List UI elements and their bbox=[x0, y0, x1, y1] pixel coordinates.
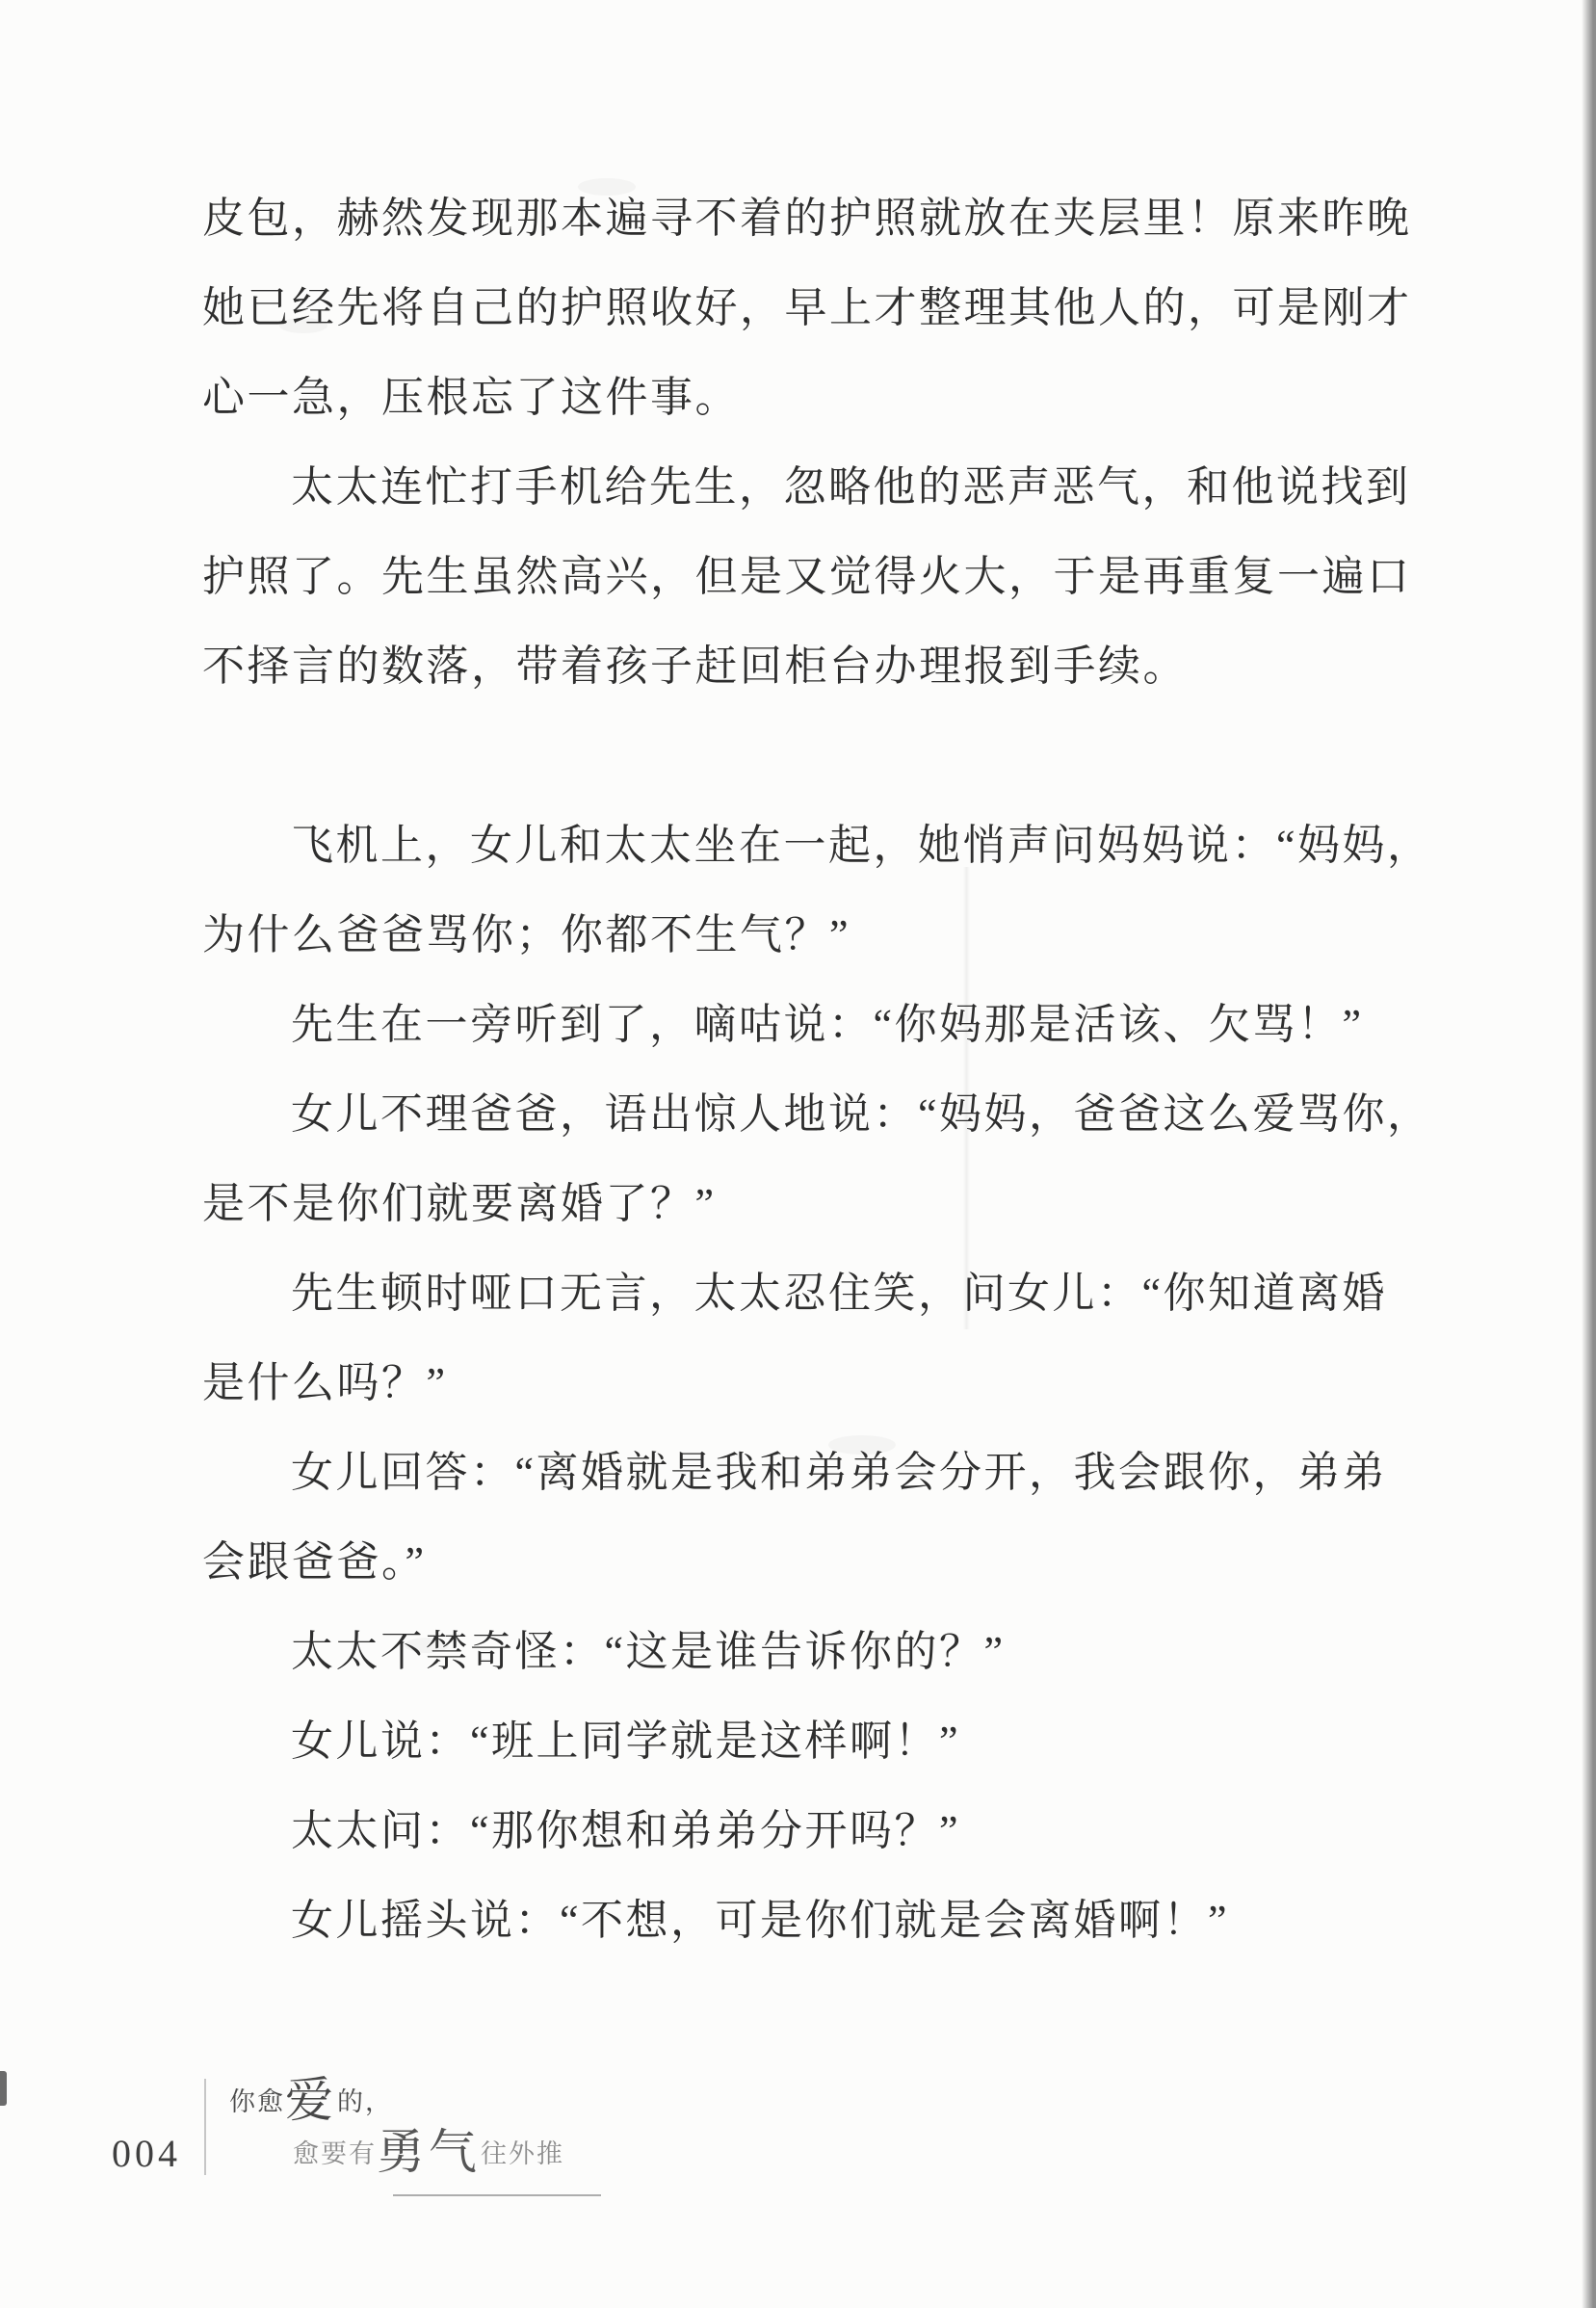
book-title-line2-big: 勇气 bbox=[377, 2125, 481, 2179]
book-title-line1-post: 的， bbox=[337, 2087, 393, 2116]
text-line: 女儿不理爸爸，语出惊人地说：“妈妈，爸爸这么爱骂你， bbox=[202, 1069, 1426, 1159]
scan-edge-shadow bbox=[1582, 0, 1596, 2308]
book-title-line1: 你愈爱的， bbox=[229, 2075, 564, 2127]
text-line: 是不是你们就要离婚了？” bbox=[202, 1159, 1426, 1248]
text-line: 女儿说：“班上同学就是这样啊！” bbox=[202, 1696, 1426, 1786]
page-number: 004 bbox=[112, 2131, 181, 2176]
text-line: 她已经先将自己的护照收好，早上才整理其他人的，可是刚才 bbox=[202, 263, 1426, 353]
text-line: 先生在一旁听到了，嘀咕说：“你妈那是活该、欠骂！” bbox=[202, 980, 1426, 1069]
text-line: 太太问：“那你想和弟弟分开吗？” bbox=[202, 1786, 1426, 1875]
text-line: 为什么爸爸骂你；你都不生气？” bbox=[202, 890, 1426, 980]
text-block: 皮包，赫然发现那本遍寻不着的护照就放在夹层里！原来昨晚她已经先将自己的护照收好，… bbox=[202, 173, 1426, 1965]
book-title-line2-pre: 愈要有 bbox=[293, 2139, 377, 2168]
page-footer: 004 你愈爱的， 愈要有勇气往外推 bbox=[0, 2061, 1596, 2216]
book-title-line2: 愈要有勇气往外推 bbox=[293, 2127, 564, 2179]
text-line: 女儿回答：“离婚就是我和弟弟会分开，我会跟你，弟弟 bbox=[202, 1428, 1426, 1517]
text-line: 不择言的数落，带着孩子赶回柜台办理报到手续。 bbox=[202, 621, 1426, 711]
scan-smudge bbox=[828, 1435, 896, 1455]
text-line: 太太连忙打手机给先生，忽略他的恶声恶气，和他说找到 bbox=[202, 442, 1426, 532]
book-title-line1-big: 爱 bbox=[285, 2073, 337, 2127]
scan-edge-nick bbox=[0, 2071, 7, 2106]
text-line: 会跟爸爸。” bbox=[202, 1517, 1426, 1607]
footer-divider bbox=[204, 2079, 206, 2175]
scan-smudge bbox=[405, 1638, 449, 1653]
book-title-line1-pre: 你愈 bbox=[229, 2087, 285, 2116]
footer-underline bbox=[393, 2194, 601, 2196]
book-title: 你愈爱的， 愈要有勇气往外推 bbox=[229, 2075, 564, 2179]
scan-smudge bbox=[578, 178, 636, 196]
scan-crease bbox=[963, 867, 970, 1329]
text-line: 太太不禁奇怪：“这是谁告诉你的？” bbox=[202, 1607, 1426, 1696]
text-line: 是什么吗？” bbox=[202, 1338, 1426, 1428]
scan-smudge bbox=[279, 318, 327, 333]
text-line: 皮包，赫然发现那本遍寻不着的护照就放在夹层里！原来昨晚 bbox=[202, 173, 1426, 263]
text-line: 飞机上，女儿和太太坐在一起，她悄声问妈妈说：“妈妈， bbox=[202, 800, 1426, 890]
text-line: 女儿摇头说：“不想，可是你们就是会离婚啊！” bbox=[202, 1875, 1426, 1965]
book-title-line2-post: 往外推 bbox=[481, 2139, 564, 2168]
book-page-scan: 皮包，赫然发现那本遍寻不着的护照就放在夹层里！原来昨晚她已经先将自己的护照收好，… bbox=[0, 0, 1596, 2308]
text-line: 护照了。先生虽然高兴，但是又觉得火大，于是再重复一遍口 bbox=[202, 532, 1426, 621]
text-line: 先生顿时哑口无言，太太忍住笑，问女儿：“你知道离婚 bbox=[202, 1248, 1426, 1338]
text-line: 心一急，压根忘了这件事。 bbox=[202, 353, 1426, 442]
